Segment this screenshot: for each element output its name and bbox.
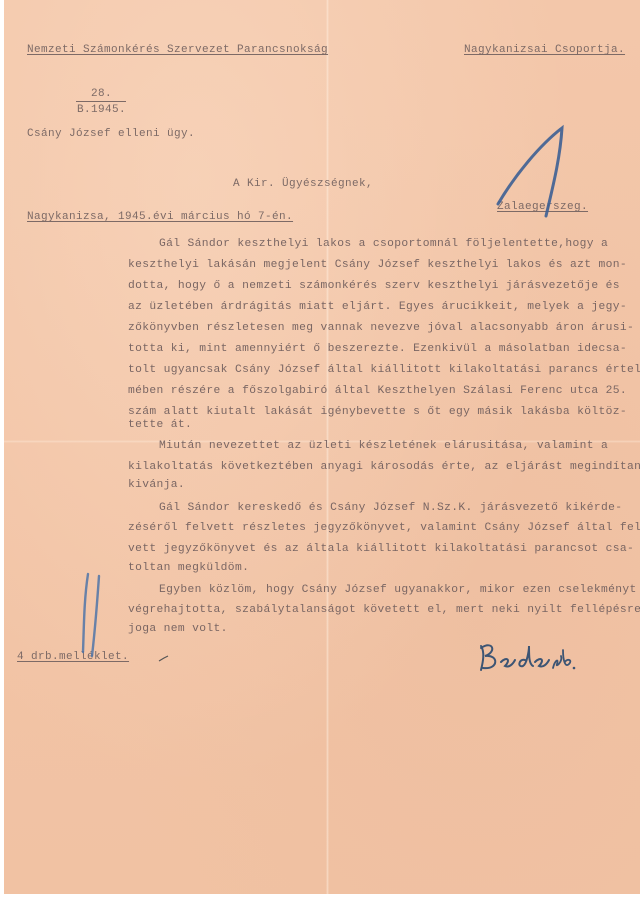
body-line: Gál Sándor keszthelyi lakos a csoportomn… [159,238,608,251]
body-line: Miután nevezettet az üzleti készletének … [159,440,608,453]
body-line: szám alatt kiutalt lakását igénybevette … [128,406,627,419]
body-line: tolt ugyancsak Csány József által kiálli… [128,364,640,377]
body-line: dotta, hogy ő a nemzeti számonkérés szer… [128,280,620,293]
reference-number-bottom: B.1945. [77,104,126,117]
body-line: kivánja. [128,479,185,492]
signature [475,638,575,678]
attachments-note: 4 drb.melléklet. [17,651,129,664]
body-line: zőkönyvben részletesen meg vannak nevezv… [128,322,634,335]
addressee: A Kir. Ügyészségnek, [233,178,373,191]
body-line: zéséről felvett részletes jegyzőkönyvet,… [128,522,640,535]
body-line: végrehajtotta, szabálytalanságot követet… [128,604,640,617]
body-line: mében részére a főszolgabiró által Keszt… [128,385,627,398]
body-line: toltan megküldöm. [128,562,249,575]
header-organization: Nemzeti Számonkérés Szervezet Parancsnok… [27,44,328,57]
body-line: Gál Sándor kereskedő és Csány József N.S… [159,502,622,515]
body-line: tette át. [128,419,192,432]
reference-fraction-line [76,101,126,102]
body-line: az üzletében árdrágitás miatt eljárt. Eg… [128,301,627,314]
reference-number-top: 28. [91,88,112,101]
body-line: keszthelyi lakásán megjelent Csány Józse… [128,259,627,272]
handwritten-number-one-mark [490,120,570,220]
handwritten-double-line-mark [78,570,108,660]
header-group: Nagykanizsai Csoportja. [464,44,625,57]
place-date: Nagykanizsa, 1945.évi március hó 7-én. [27,211,293,224]
body-line: kilakoltatás következtében anyagi károso… [128,461,640,474]
body-line: vett jegyzőkönyvet és az általa kiállito… [128,543,634,556]
body-line: Egyben közlöm, hogy Csány József ugyanak… [159,584,637,597]
subject-line: Csány József elleni ügy. [27,128,195,141]
pen-tick-mark [158,655,170,663]
body-line: joga nem volt. [128,623,228,636]
body-line: totta ki, mint amennyiért ő beszerezte. … [128,343,627,356]
